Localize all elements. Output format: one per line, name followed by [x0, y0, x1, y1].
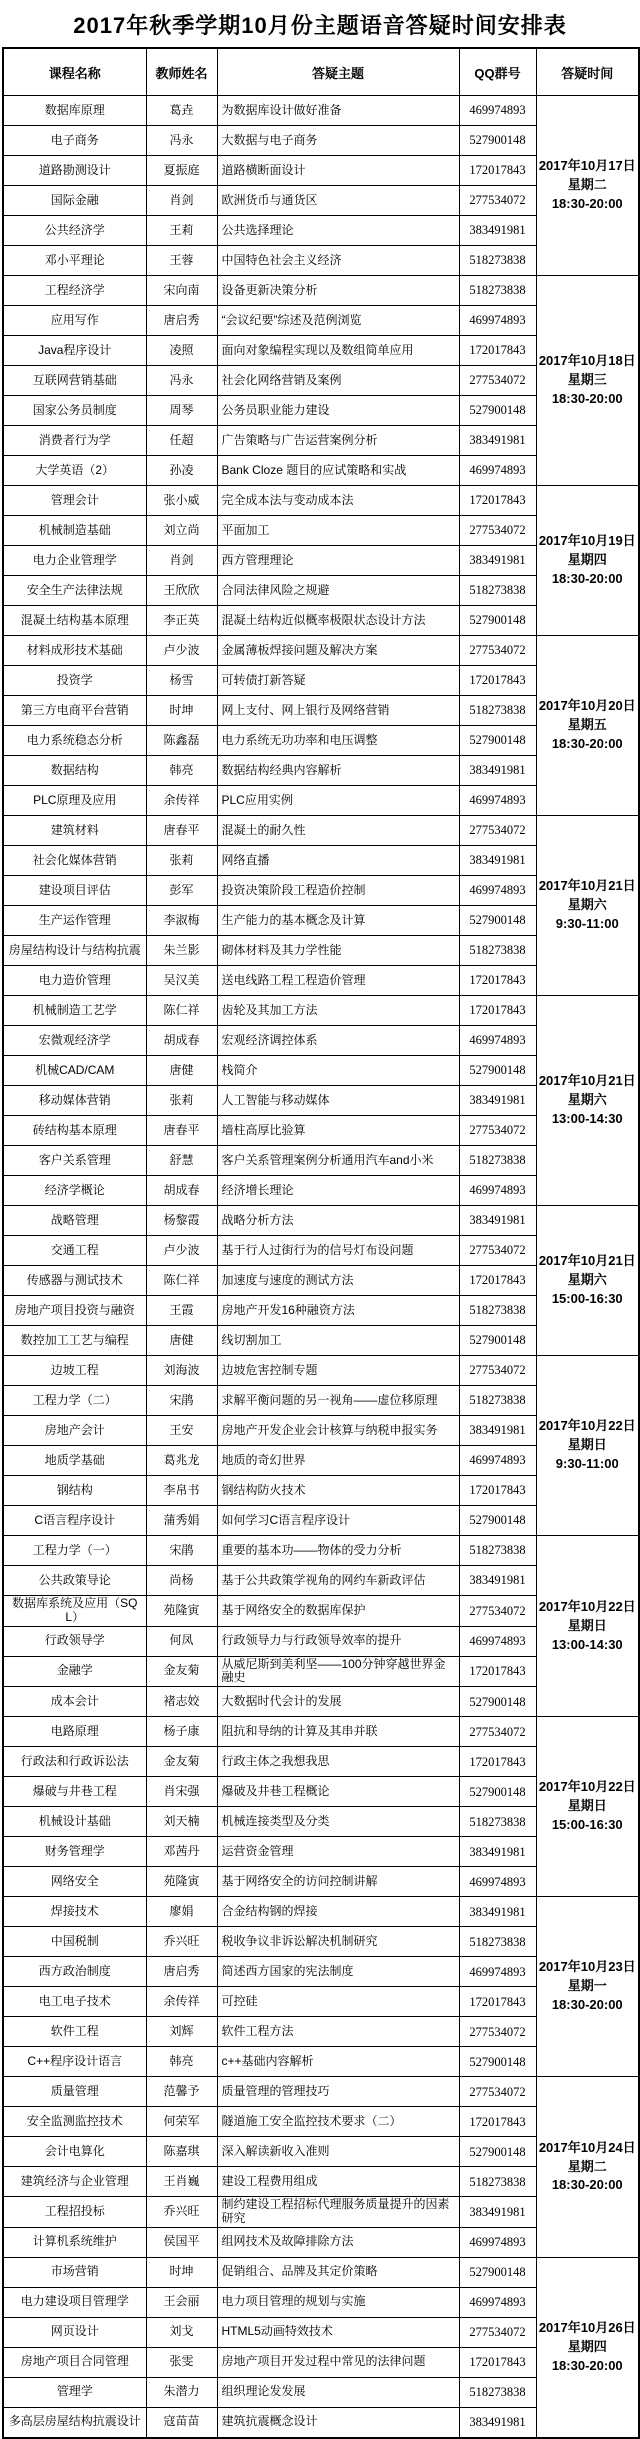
teacher-cell: 邓茜丹: [146, 1837, 217, 1867]
qq-group-cell: 277534072: [459, 2077, 536, 2107]
qq-group-cell: 277534072: [459, 516, 536, 546]
topic-cell: 软件工程方法: [217, 2017, 459, 2047]
teacher-cell: 陈鑫磊: [146, 726, 217, 756]
table-row: 建筑材料唐春平混凝土的耐久性2775340722017年10月21日星期六9:3…: [3, 816, 639, 846]
topic-cell: 战略分析方法: [217, 1206, 459, 1236]
course-cell: 软件工程: [3, 2017, 146, 2047]
time-date: 2017年10月18日: [539, 352, 637, 371]
course-cell: 电力造价管理: [3, 966, 146, 996]
topic-cell: 线切割加工: [217, 1326, 459, 1356]
topic-cell: 深入解读新收入准则: [217, 2137, 459, 2167]
teacher-cell: 卢少波: [146, 636, 217, 666]
topic-cell: 宏观经济调控体系: [217, 1026, 459, 1056]
time-date: 2017年10月22日: [539, 1417, 637, 1436]
topic-cell: 公务员职业能力建设: [217, 396, 459, 426]
course-cell: 机械设计基础: [3, 1807, 146, 1837]
course-cell: 电力企业管理学: [3, 546, 146, 576]
qq-group-cell: 383491981: [459, 1897, 536, 1927]
course-cell: 管理会计: [3, 486, 146, 516]
course-cell: 网络安全: [3, 1867, 146, 1897]
teacher-cell: 陈嘉琪: [146, 2137, 217, 2167]
course-cell: 消费者行为学: [3, 426, 146, 456]
topic-cell: 如何学习C语言程序设计: [217, 1506, 459, 1536]
course-cell: 道路勘测设计: [3, 156, 146, 186]
course-cell: 混凝土结构基本原理: [3, 606, 146, 636]
teacher-cell: 唐春平: [146, 816, 217, 846]
topic-cell: HTML5动画特效技术: [217, 2317, 459, 2347]
teacher-cell: 余传祥: [146, 1987, 217, 2017]
time-weekday: 星期二: [539, 176, 637, 195]
teacher-cell: 肖剑: [146, 546, 217, 576]
topic-cell: 欧洲货币与通货区: [217, 186, 459, 216]
topic-cell: 阻抗和导纳的计算及其串并联: [217, 1717, 459, 1747]
table-row: 焊接技术廖娟合金结构钢的焊接3834919812017年10月23日星期一18:…: [3, 1897, 639, 1927]
topic-cell: 社会化网络营销及案例: [217, 366, 459, 396]
qq-group-cell: 383491981: [459, 1837, 536, 1867]
topic-cell: 建设工程费用组成: [217, 2167, 459, 2197]
time-range: 13:00-14:30: [539, 1110, 637, 1129]
qq-group-cell: 469974893: [459, 786, 536, 816]
course-cell: 焊接技术: [3, 1897, 146, 1927]
topic-cell: 电力系统无功功率和电压调整: [217, 726, 459, 756]
qq-group-cell: 277534072: [459, 2017, 536, 2047]
qq-group-cell: 172017843: [459, 1656, 536, 1687]
time-date: 2017年10月24日: [539, 2139, 637, 2158]
course-cell: 投资学: [3, 666, 146, 696]
topic-cell: 房地产项目开发过程中常见的法律问题: [217, 2347, 459, 2377]
topic-cell: 送电线路工程工程造价管理: [217, 966, 459, 996]
qq-group-cell: 469974893: [459, 1626, 536, 1656]
course-cell: 西方政治制度: [3, 1957, 146, 1987]
course-cell: Java程序设计: [3, 336, 146, 366]
topic-cell: 税收争议非诉讼解决机制研究: [217, 1927, 459, 1957]
teacher-cell: 朱潜力: [146, 2377, 217, 2407]
qq-group-cell: 172017843: [459, 1266, 536, 1296]
course-cell: 公共政策导论: [3, 1566, 146, 1596]
teacher-cell: 余传祥: [146, 786, 217, 816]
qq-group-cell: 383491981: [459, 426, 536, 456]
course-cell: 国家公务员制度: [3, 396, 146, 426]
time-cell: 2017年10月22日星期日15:00-16:30: [536, 1717, 639, 1897]
topic-cell: 行政领导力与行政领导效率的提升: [217, 1626, 459, 1656]
topic-cell: 加速度与速度的测试方法: [217, 1266, 459, 1296]
qq-group-cell: 527900148: [459, 1687, 536, 1717]
qq-group-cell: 527900148: [459, 1777, 536, 1807]
teacher-cell: 凌照: [146, 336, 217, 366]
qq-group-cell: 383491981: [459, 2197, 536, 2228]
teacher-cell: 乔兴旺: [146, 1927, 217, 1957]
topic-cell: 砌体材料及其力学性能: [217, 936, 459, 966]
course-cell: 爆破与井巷工程: [3, 1777, 146, 1807]
teacher-cell: 韩亮: [146, 756, 217, 786]
course-cell: 工程招投标: [3, 2197, 146, 2228]
qq-group-cell: 172017843: [459, 336, 536, 366]
qq-group-cell: 172017843: [459, 1987, 536, 2017]
course-cell: 网页设计: [3, 2317, 146, 2347]
topic-cell: 道路横断面设计: [217, 156, 459, 186]
topic-cell: PLC应用实例: [217, 786, 459, 816]
time-weekday: 星期日: [539, 1797, 637, 1816]
topic-cell: 求解平衡问题的另一视角——虚位移原理: [217, 1386, 459, 1416]
topic-cell: 中国特色社会主义经济: [217, 246, 459, 276]
course-cell: 电子商务: [3, 126, 146, 156]
qq-group-cell: 277534072: [459, 1356, 536, 1386]
qq-group-cell: 172017843: [459, 2107, 536, 2137]
time-range: 18:30-20:00: [539, 2357, 637, 2376]
time-cell: 2017年10月19日星期四18:30-20:00: [536, 486, 639, 636]
course-cell: 会计电算化: [3, 2137, 146, 2167]
qq-group-cell: 518273838: [459, 1386, 536, 1416]
teacher-cell: 陈仁祥: [146, 996, 217, 1026]
qq-group-cell: 469974893: [459, 306, 536, 336]
qq-group-cell: 383491981: [459, 846, 536, 876]
topic-cell: 从威尼斯到美利坚——100分钟穿越世界金融史: [217, 1656, 459, 1687]
teacher-cell: 冯永: [146, 366, 217, 396]
qq-group-cell: 172017843: [459, 966, 536, 996]
topic-cell: 广告策略与广告运营案例分析: [217, 426, 459, 456]
course-cell: 中国税制: [3, 1927, 146, 1957]
header-course: 课程名称: [3, 48, 146, 96]
topic-cell: 完全成本法与变动成本法: [217, 486, 459, 516]
header-teacher: 教师姓名: [146, 48, 217, 96]
topic-cell: 可转债打新答疑: [217, 666, 459, 696]
qq-group-cell: 518273838: [459, 246, 536, 276]
course-cell: 传感器与测试技术: [3, 1266, 146, 1296]
table-row: 工程经济学宋向南设备更新决策分析5182738382017年10月18日星期三1…: [3, 276, 639, 306]
topic-cell: 机械连接类型及分类: [217, 1807, 459, 1837]
course-cell: 战略管理: [3, 1206, 146, 1236]
qq-group-cell: 383491981: [459, 546, 536, 576]
course-cell: 成本会计: [3, 1687, 146, 1717]
qq-group-cell: 469974893: [459, 1446, 536, 1476]
teacher-cell: 孙凌: [146, 456, 217, 486]
time-date: 2017年10月17日: [539, 157, 637, 176]
qq-group-cell: 469974893: [459, 2227, 536, 2257]
time-range: 15:00-16:30: [539, 1290, 637, 1309]
teacher-cell: 张莉: [146, 1086, 217, 1116]
teacher-cell: 韩亮: [146, 2047, 217, 2077]
topic-cell: 混凝土结构近似概率极限状态设计方法: [217, 606, 459, 636]
teacher-cell: 杨黎霞: [146, 1206, 217, 1236]
topic-cell: 墙柱高厚比验算: [217, 1116, 459, 1146]
qq-group-cell: 383491981: [459, 756, 536, 786]
topic-cell: 运营资金管理: [217, 1837, 459, 1867]
teacher-cell: 葛兆龙: [146, 1446, 217, 1476]
teacher-cell: 蒲秀娟: [146, 1506, 217, 1536]
topic-cell: 简述西方国家的宪法制度: [217, 1957, 459, 1987]
time-cell: 2017年10月21日星期六13:00-14:30: [536, 996, 639, 1206]
topic-cell: 行政主体之我想我思: [217, 1747, 459, 1777]
course-cell: 机械制造基础: [3, 516, 146, 546]
course-cell: 应用写作: [3, 306, 146, 336]
time-date: 2017年10月23日: [539, 1958, 637, 1977]
qq-group-cell: 172017843: [459, 1747, 536, 1777]
qq-group-cell: 383491981: [459, 216, 536, 246]
qq-group-cell: 172017843: [459, 996, 536, 1026]
time-range: 18:30-20:00: [539, 735, 637, 754]
teacher-cell: 范馨予: [146, 2077, 217, 2107]
topic-cell: 面向对象编程实现以及数组简单应用: [217, 336, 459, 366]
teacher-cell: 唐健: [146, 1326, 217, 1356]
course-cell: C语言程序设计: [3, 1506, 146, 1536]
teacher-cell: 褚志姣: [146, 1687, 217, 1717]
teacher-cell: 侯国平: [146, 2227, 217, 2257]
teacher-cell: 王会丽: [146, 2287, 217, 2317]
qq-group-cell: 277534072: [459, 1717, 536, 1747]
topic-cell: 经济增长理论: [217, 1176, 459, 1206]
time-range: 18:30-20:00: [539, 195, 637, 214]
qq-group-cell: 277534072: [459, 366, 536, 396]
course-cell: 管理学: [3, 2377, 146, 2407]
course-cell: 移动媒体营销: [3, 1086, 146, 1116]
teacher-cell: 李正英: [146, 606, 217, 636]
teacher-cell: 葛垚: [146, 96, 217, 126]
qq-group-cell: 518273838: [459, 1296, 536, 1326]
teacher-cell: 宋向南: [146, 276, 217, 306]
teacher-cell: 张小威: [146, 486, 217, 516]
teacher-cell: 廖娟: [146, 1897, 217, 1927]
course-cell: 社会化媒体营销: [3, 846, 146, 876]
time-weekday: 星期二: [539, 2158, 637, 2177]
qq-group-cell: 383491981: [459, 1416, 536, 1446]
teacher-cell: 朱兰影: [146, 936, 217, 966]
time-weekday: 星期六: [539, 1271, 637, 1290]
teacher-cell: 胡成春: [146, 1026, 217, 1056]
qq-group-cell: 469974893: [459, 96, 536, 126]
course-cell: 房地产项目投资与融资: [3, 1296, 146, 1326]
topic-cell: 合同法律风险之规避: [217, 576, 459, 606]
time-cell: 2017年10月21日星期六15:00-16:30: [536, 1206, 639, 1356]
qq-group-cell: 277534072: [459, 816, 536, 846]
teacher-cell: 肖剑: [146, 186, 217, 216]
time-weekday: 星期日: [539, 1617, 637, 1636]
teacher-cell: 何荣军: [146, 2107, 217, 2137]
time-date: 2017年10月26日: [539, 2319, 637, 2338]
time-cell: 2017年10月22日星期日9:30-11:00: [536, 1356, 639, 1536]
teacher-cell: 唐启秀: [146, 306, 217, 336]
time-cell: 2017年10月18日星期三18:30-20:00: [536, 276, 639, 486]
topic-cell: 西方管理理论: [217, 546, 459, 576]
topic-cell: 设备更新决策分析: [217, 276, 459, 306]
topic-cell: 制约建设工程招标代理服务质量提升的因素研究: [217, 2197, 459, 2228]
topic-cell: 生产能力的基本概念及计算: [217, 906, 459, 936]
qq-group-cell: 469974893: [459, 1176, 536, 1206]
topic-cell: 房地产开发企业会计核算与纳税申报实务: [217, 1416, 459, 1446]
teacher-cell: 王蓉: [146, 246, 217, 276]
table-row: 材料成形技术基础卢少波金属薄板焊接问题及解决方案2775340722017年10…: [3, 636, 639, 666]
topic-cell: 电力项目管理的规划与实施: [217, 2287, 459, 2317]
qq-group-cell: 277534072: [459, 186, 536, 216]
qq-group-cell: 518273838: [459, 1927, 536, 1957]
time-weekday: 星期三: [539, 371, 637, 390]
topic-cell: 人工智能与移动媒体: [217, 1086, 459, 1116]
topic-cell: 大数据时代会计的发展: [217, 1687, 459, 1717]
teacher-cell: 苑隆寅: [146, 1867, 217, 1897]
topic-cell: 钢结构防火技术: [217, 1476, 459, 1506]
course-cell: 材料成形技术基础: [3, 636, 146, 666]
time-weekday: 星期一: [539, 1977, 637, 1996]
teacher-cell: 陈仁祥: [146, 1266, 217, 1296]
time-date: 2017年10月21日: [539, 1252, 637, 1271]
table-row: 工程力学（一）宋鹃重要的基本功——物体的受力分析5182738382017年10…: [3, 1536, 639, 1566]
course-cell: 工程经济学: [3, 276, 146, 306]
topic-cell: 基于网络安全的数据库保护: [217, 1596, 459, 1627]
time-date: 2017年10月21日: [539, 877, 637, 896]
teacher-cell: 王肖巍: [146, 2167, 217, 2197]
teacher-cell: 尚杨: [146, 1566, 217, 1596]
qq-group-cell: 527900148: [459, 1056, 536, 1086]
table-row: 质量管理范馨予质量管理的管理技巧2775340722017年10月24日星期二1…: [3, 2077, 639, 2107]
qq-group-cell: 383491981: [459, 1206, 536, 1236]
qq-group-cell: 518273838: [459, 276, 536, 306]
time-weekday: 星期六: [539, 1091, 637, 1110]
time-cell: 2017年10月26日星期四18:30-20:00: [536, 2257, 639, 2438]
course-cell: 数据库原理: [3, 96, 146, 126]
table-row: 战略管理杨黎霞战略分析方法3834919812017年10月21日星期六15:0…: [3, 1206, 639, 1236]
course-cell: 行政法和行政诉讼法: [3, 1747, 146, 1777]
topic-cell: 质量管理的管理技巧: [217, 2077, 459, 2107]
qq-group-cell: 277534072: [459, 1116, 536, 1146]
teacher-cell: 任超: [146, 426, 217, 456]
course-cell: 经济学概论: [3, 1176, 146, 1206]
teacher-cell: 舒慧: [146, 1146, 217, 1176]
qq-group-cell: 527900148: [459, 2137, 536, 2167]
teacher-cell: 王安: [146, 1416, 217, 1446]
course-cell: 交通工程: [3, 1236, 146, 1266]
teacher-cell: 杨子康: [146, 1717, 217, 1747]
qq-group-cell: 527900148: [459, 396, 536, 426]
course-cell: 行政领导学: [3, 1626, 146, 1656]
topic-cell: 为数据库设计做好准备: [217, 96, 459, 126]
teacher-cell: 刘辉: [146, 2017, 217, 2047]
time-range: 18:30-20:00: [539, 1996, 637, 2015]
qq-group-cell: 469974893: [459, 456, 536, 486]
course-cell: 邓小平理论: [3, 246, 146, 276]
header-topic: 答疑主题: [217, 48, 459, 96]
teacher-cell: 王欣欣: [146, 576, 217, 606]
page: 2017年秋季学期10月份主题语音答疑时间安排表 课程名称 教师姓名 答疑主题 …: [0, 0, 640, 2439]
topic-cell: 网上支付、网上银行及网络营销: [217, 696, 459, 726]
course-cell: 电力建设项目管理学: [3, 2287, 146, 2317]
qq-group-cell: 172017843: [459, 486, 536, 516]
topic-cell: 网络直播: [217, 846, 459, 876]
teacher-cell: 刘海波: [146, 1356, 217, 1386]
topic-cell: 地质的奇幻世界: [217, 1446, 459, 1476]
qq-group-cell: 277534072: [459, 2317, 536, 2347]
teacher-cell: 宋鹃: [146, 1386, 217, 1416]
qq-group-cell: 469974893: [459, 1867, 536, 1897]
topic-cell: 金属薄板焊接问题及解决方案: [217, 636, 459, 666]
qq-group-cell: 277534072: [459, 1596, 536, 1627]
qq-group-cell: 277534072: [459, 1236, 536, 1266]
qq-group-cell: 527900148: [459, 2047, 536, 2077]
time-cell: 2017年10月17日星期二18:30-20:00: [536, 96, 639, 276]
qq-group-cell: 469974893: [459, 1957, 536, 1987]
topic-cell: 投资决策阶段工程造价控制: [217, 876, 459, 906]
topic-cell: 数据结构经典内容解析: [217, 756, 459, 786]
teacher-cell: 张莉: [146, 846, 217, 876]
course-cell: PLC原理及应用: [3, 786, 146, 816]
course-cell: 公共经济学: [3, 216, 146, 246]
qq-group-cell: 527900148: [459, 1326, 536, 1356]
teacher-cell: 肖宋强: [146, 1777, 217, 1807]
course-cell: 生产运作管理: [3, 906, 146, 936]
qq-group-cell: 527900148: [459, 606, 536, 636]
teacher-cell: 杨雪: [146, 666, 217, 696]
course-cell: 砖结构基本原理: [3, 1116, 146, 1146]
qq-group-cell: 172017843: [459, 666, 536, 696]
teacher-cell: 吴汉美: [146, 966, 217, 996]
time-cell: 2017年10月22日星期日13:00-14:30: [536, 1536, 639, 1717]
teacher-cell: 宋鹃: [146, 1536, 217, 1566]
time-range: 15:00-16:30: [539, 1816, 637, 1835]
course-cell: 质量管理: [3, 2077, 146, 2107]
header-time: 答疑时间: [536, 48, 639, 96]
table-row: 管理会计张小威完全成本法与变动成本法1720178432017年10月19日星期…: [3, 486, 639, 516]
course-cell: 安全生产法律法规: [3, 576, 146, 606]
course-cell: 数据结构: [3, 756, 146, 786]
teacher-cell: 李帛书: [146, 1476, 217, 1506]
teacher-cell: 张雯: [146, 2347, 217, 2377]
course-cell: 多高层房屋结构抗震设计: [3, 2407, 146, 2438]
teacher-cell: 刘戈: [146, 2317, 217, 2347]
topic-cell: 齿轮及其加工方法: [217, 996, 459, 1026]
teacher-cell: 唐健: [146, 1056, 217, 1086]
time-weekday: 星期五: [539, 716, 637, 735]
topic-cell: 客户关系管理案例分析通用汽车and小米: [217, 1146, 459, 1176]
topic-cell: 混凝土的耐久性: [217, 816, 459, 846]
time-range: 13:00-14:30: [539, 1636, 637, 1655]
course-cell: 房屋结构设计与结构抗震: [3, 936, 146, 966]
topic-cell: 可控硅: [217, 1987, 459, 2017]
course-cell: 工程力学（二）: [3, 1386, 146, 1416]
time-range: 18:30-20:00: [539, 2176, 637, 2195]
teacher-cell: 金友菊: [146, 1747, 217, 1777]
time-weekday: 星期四: [539, 2338, 637, 2357]
qq-group-cell: 518273838: [459, 576, 536, 606]
time-cell: 2017年10月21日星期六9:30-11:00: [536, 816, 639, 996]
time-date: 2017年10月22日: [539, 1598, 637, 1617]
course-cell: 边坡工程: [3, 1356, 146, 1386]
qq-group-cell: 383491981: [459, 1566, 536, 1596]
course-cell: 电工电子技术: [3, 1987, 146, 2017]
time-range: 18:30-20:00: [539, 570, 637, 589]
qq-group-cell: 527900148: [459, 126, 536, 156]
course-cell: 宏微观经济学: [3, 1026, 146, 1056]
course-cell: 计算机系统维护: [3, 2227, 146, 2257]
qq-group-cell: 527900148: [459, 906, 536, 936]
topic-cell: 栈简介: [217, 1056, 459, 1086]
teacher-cell: 乔兴旺: [146, 2197, 217, 2228]
qq-group-cell: 518273838: [459, 936, 536, 966]
qq-group-cell: 172017843: [459, 2347, 536, 2377]
topic-cell: 房地产开发16种融资方法: [217, 1296, 459, 1326]
qq-group-cell: 518273838: [459, 1146, 536, 1176]
teacher-cell: 刘天楠: [146, 1807, 217, 1837]
qq-group-cell: 469974893: [459, 1026, 536, 1056]
time-weekday: 星期四: [539, 551, 637, 570]
topic-cell: 边坡危害控制专题: [217, 1356, 459, 1386]
table-row: 电路原理杨子康阻抗和导纳的计算及其串并联2775340722017年10月22日…: [3, 1717, 639, 1747]
teacher-cell: 寇苗苗: [146, 2407, 217, 2438]
teacher-cell: 金友菊: [146, 1656, 217, 1687]
course-cell: 钢结构: [3, 1476, 146, 1506]
qq-group-cell: 527900148: [459, 726, 536, 756]
topic-cell: 组网技术及故障排除方法: [217, 2227, 459, 2257]
teacher-cell: 冯永: [146, 126, 217, 156]
qq-group-cell: 469974893: [459, 876, 536, 906]
topic-cell: 重要的基本功——物体的受力分析: [217, 1536, 459, 1566]
